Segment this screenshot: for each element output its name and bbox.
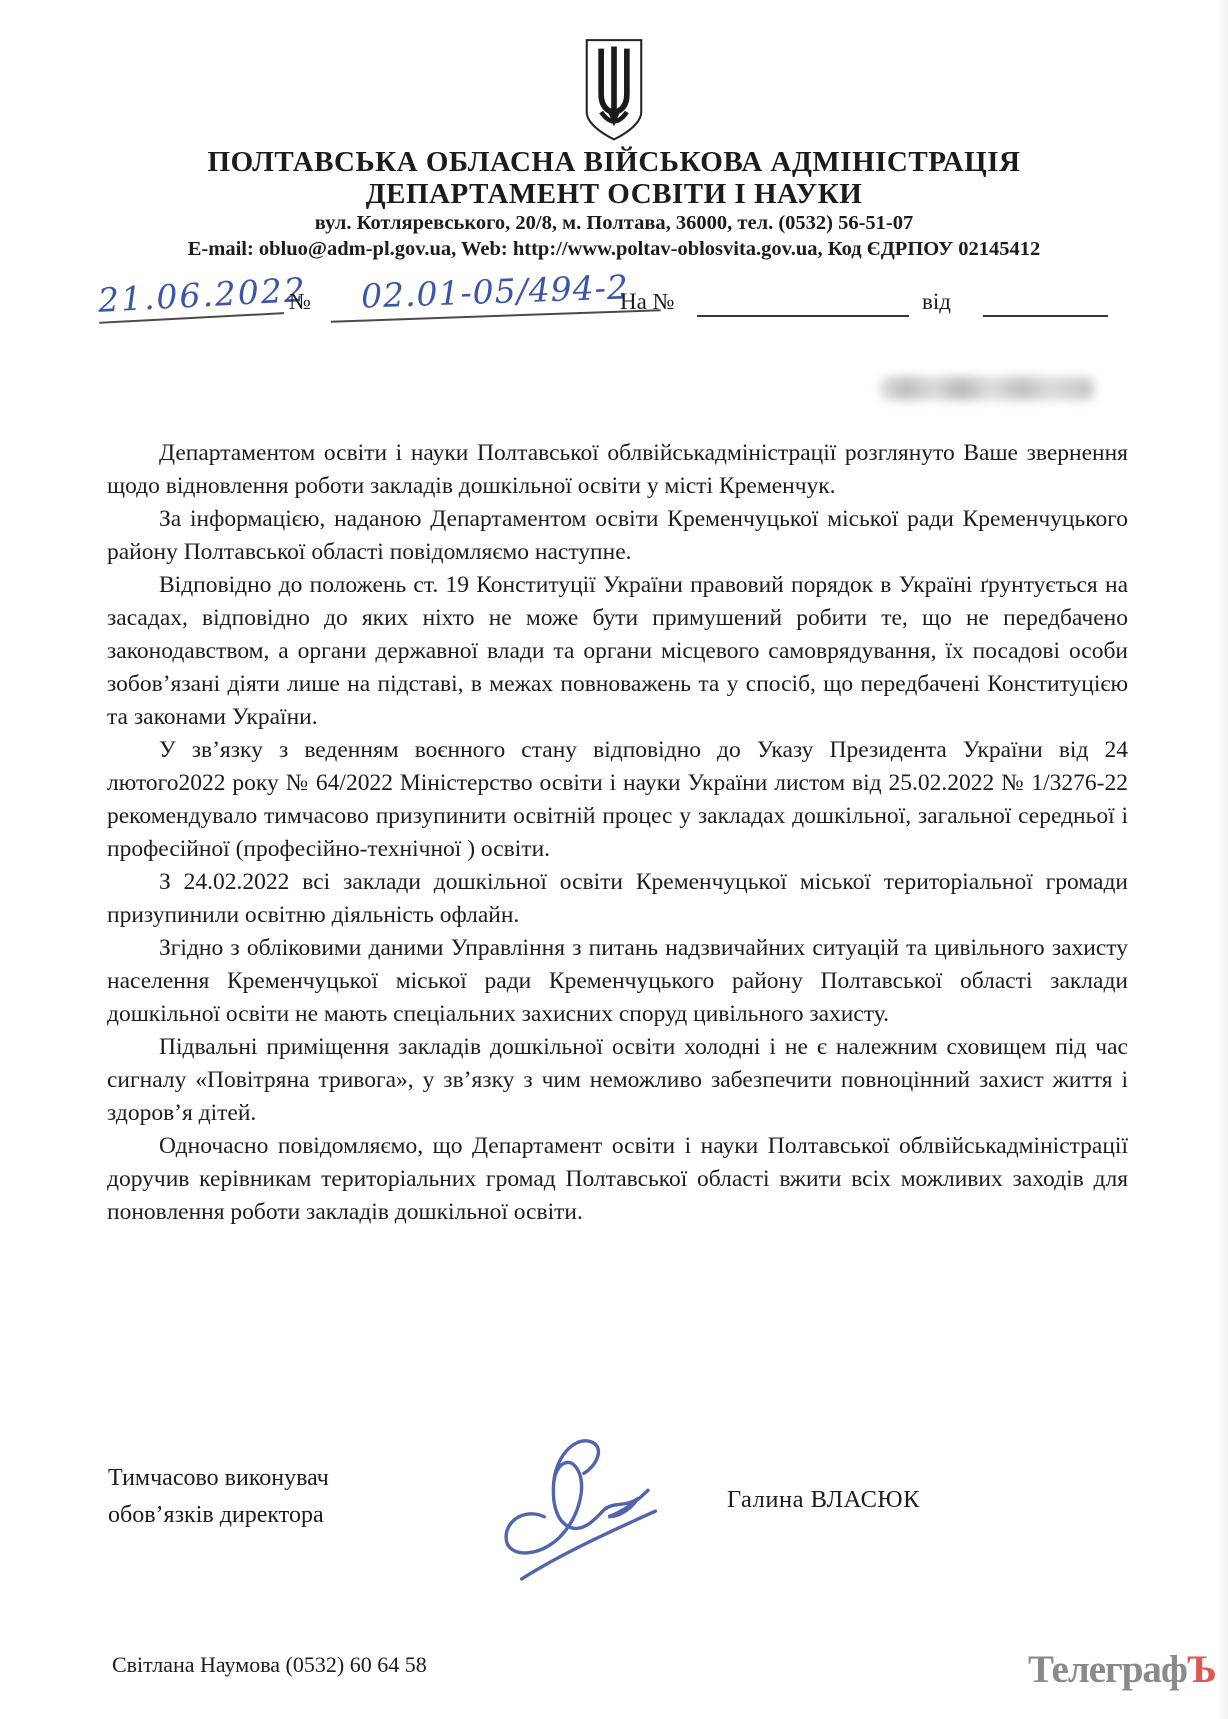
handwritten-date: 21.06.2022 <box>97 271 284 324</box>
paragraph: Відповідно до положень ст. 19 Конституці… <box>107 569 1128 734</box>
paragraph: Підвальні приміщення закладів дошкільної… <box>107 1031 1128 1130</box>
scanned-letter-page: ПОЛТАВСЬКА ОБЛАСНА ВІЙСЬКОВА АДМІНІСТРАЦ… <box>0 0 1228 1719</box>
paragraph: За інформацією, наданою Департаментом ос… <box>107 503 1128 569</box>
reply-number-blank-line <box>697 285 909 317</box>
paragraph: У зв’язку з веденням воєнного стану відп… <box>107 734 1128 866</box>
from-date-blank-line <box>983 285 1108 317</box>
paragraph: Департаментом освіти і науки Полтавської… <box>107 437 1128 503</box>
from-date-label: від <box>922 289 951 315</box>
redacted-email-smudge <box>880 377 1094 400</box>
org-name: ПОЛТАВСЬКА ОБЛАСНА ВІЙСЬКОВА АДМІНІСТРАЦ… <box>0 146 1228 178</box>
paragraph: З 24.02.2022 всі заклади дошкільної осві… <box>107 866 1128 932</box>
paragraph: Одночасно повідомляємо, що Департамент о… <box>107 1130 1128 1229</box>
handwritten-number: 02.01-05/494-2 <box>329 266 660 322</box>
address-line: вул. Котляревського, 20/8, м. Полтава, 3… <box>0 211 1228 236</box>
ukraine-trident-emblem-icon <box>575 36 653 144</box>
contact-line: E-mail: obluo@adm-pl.gov.ua, Web: http:/… <box>0 237 1228 262</box>
handwritten-signature <box>487 1430 677 1595</box>
signer-position-line2: обов’язків директора <box>108 1497 329 1534</box>
watermark-gray-text: Телеграф <box>1028 1648 1187 1691</box>
telegraf-watermark: ТелеграфЪ <box>1028 1650 1216 1689</box>
paragraph: Згідно з обліковими даними Управління з … <box>107 932 1128 1031</box>
watermark-red-letter: Ъ <box>1187 1648 1216 1691</box>
signer-position-line1: Тимчасово виконувач <box>108 1460 329 1497</box>
department-name: ДЕПАРТАМЕНТ ОСВІТИ І НАУКИ <box>0 178 1228 210</box>
letterhead: ПОЛТАВСЬКА ОБЛАСНА ВІЙСЬКОВА АДМІНІСТРАЦ… <box>0 36 1228 262</box>
signer-position: Тимчасово виконувач обов’язків директора <box>108 1460 329 1534</box>
executor-contact: Світлана Наумова (0532) 60 64 58 <box>112 1652 427 1678</box>
signer-name: Галина ВЛАСЮК <box>727 1486 920 1514</box>
scan-edge-shadow <box>1214 0 1228 1719</box>
number-label: № <box>289 289 311 315</box>
reply-to-label: На № <box>620 289 675 315</box>
letter-body: Департаментом освіти і науки Полтавської… <box>107 437 1128 1229</box>
